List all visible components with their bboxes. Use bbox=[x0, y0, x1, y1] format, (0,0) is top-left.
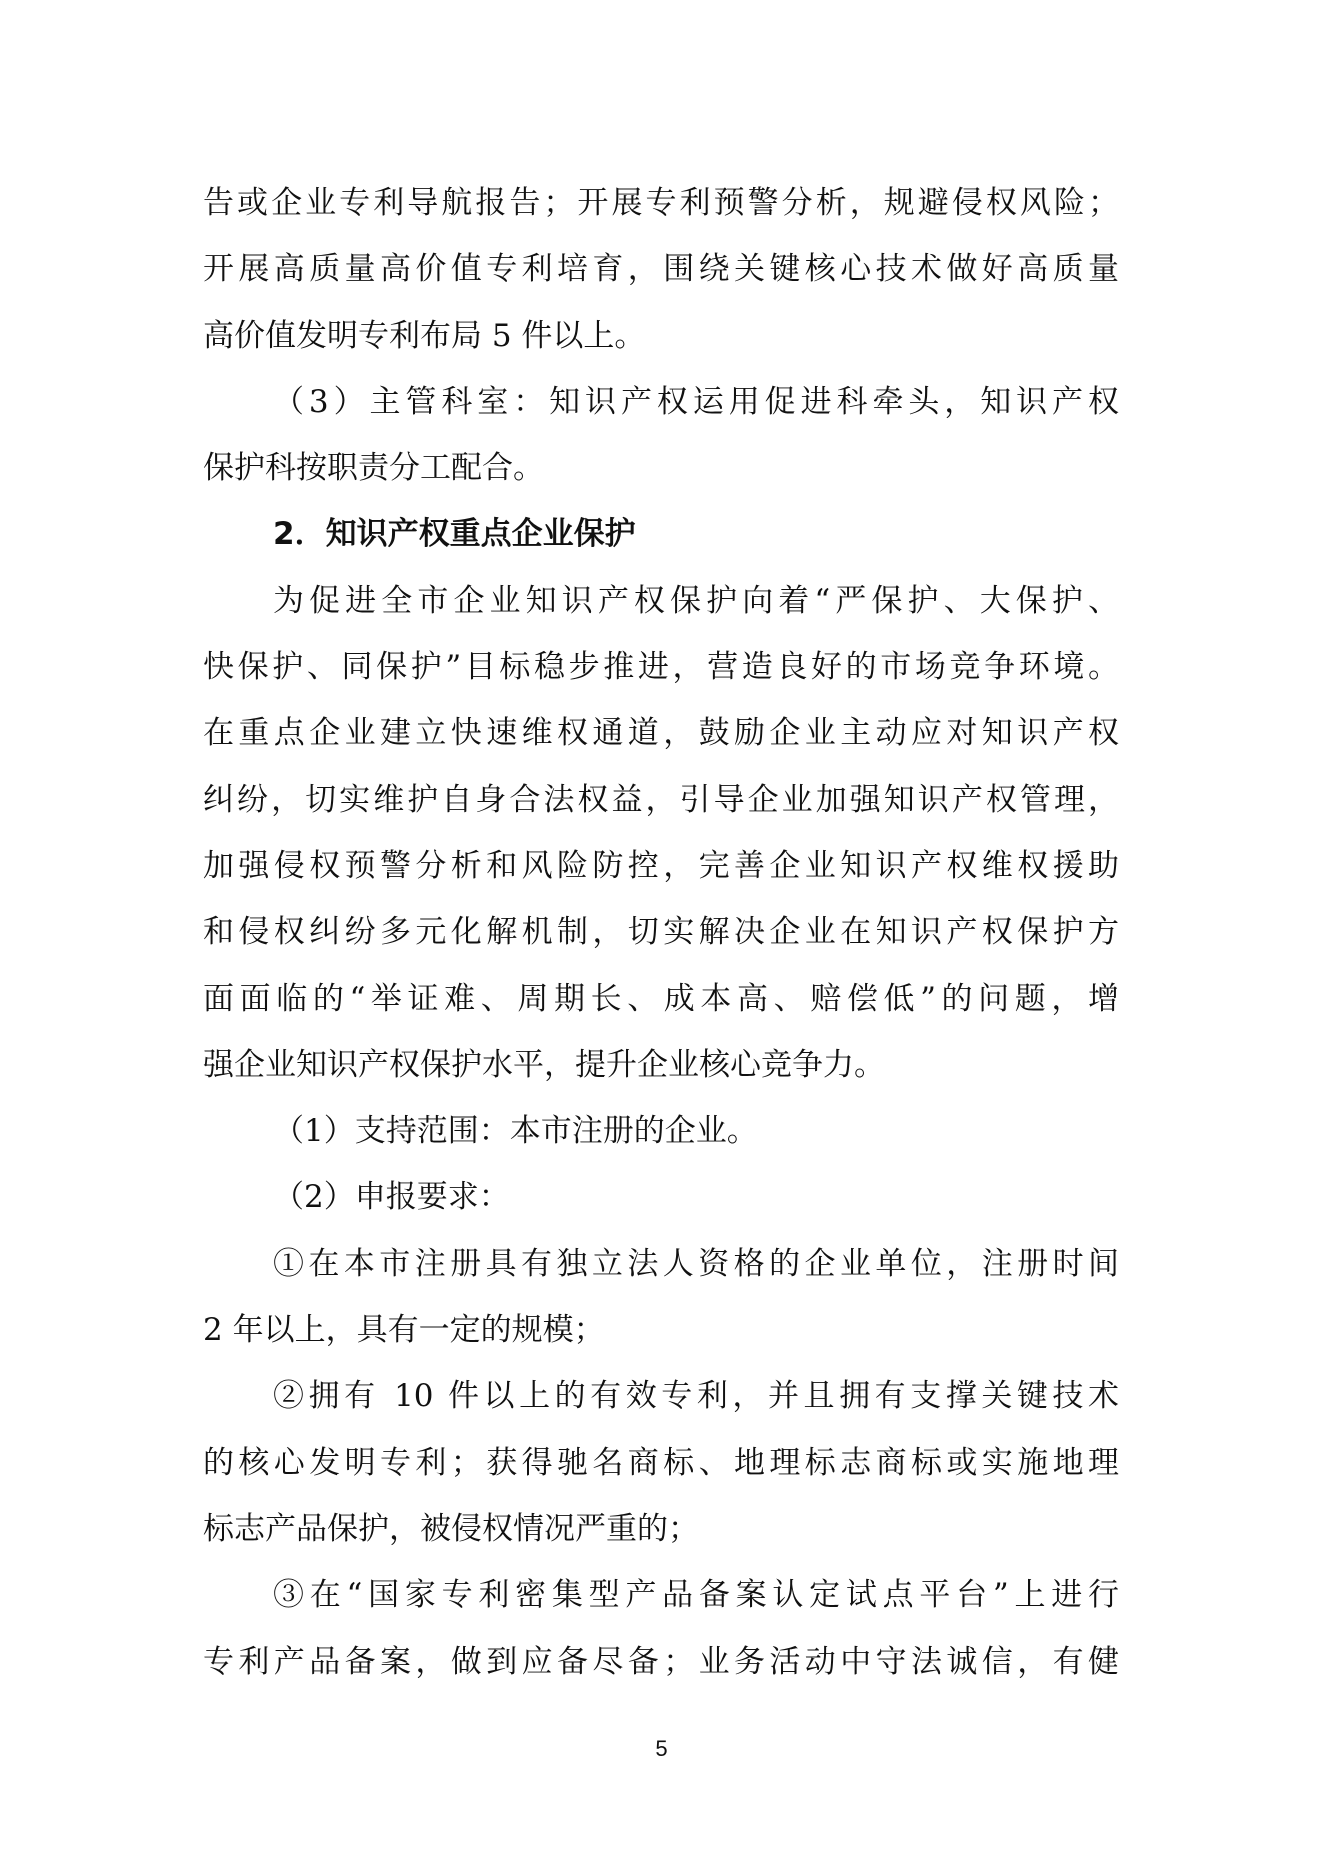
text-line: 加强侵权预警分析和风险防控，完善企业知识产权维权援助 bbox=[203, 833, 1119, 899]
text-line: 快保护、同保护”目标稳步推进，营造良好的市场竞争环境。 bbox=[203, 634, 1119, 700]
text-line: 为促进全市企业知识产权保护向着“严保护、大保护、 bbox=[203, 568, 1119, 634]
text-line: 高价值发明专利布局 5 件以上。 bbox=[203, 303, 1119, 369]
text-line: 在重点企业建立快速维权通道，鼓励企业主动应对知识产权 bbox=[203, 700, 1119, 766]
text-line: （3）主管科室：知识产权运用促进科牵头，知识产权 bbox=[203, 369, 1119, 435]
text-line: 专利产品备案，做到应备尽备；业务活动中守法诚信，有健 bbox=[203, 1629, 1119, 1695]
text-line: 告或企业专利导航报告；开展专利预警分析，规避侵权风险； bbox=[203, 170, 1119, 236]
text-line: （2）申报要求： bbox=[203, 1164, 1119, 1230]
text-line: ①在本市注册具有独立法人资格的企业单位，注册时间 bbox=[203, 1231, 1119, 1297]
text-line: ③在“国家专利密集型产品备案认定试点平台”上进行 bbox=[203, 1562, 1119, 1628]
text-line: 强企业知识产权保护水平，提升企业核心竞争力。 bbox=[203, 1032, 1119, 1098]
text-line: 面面临的“举证难、周期长、成本高、赔偿低”的问题，增 bbox=[203, 966, 1119, 1032]
text-line: 开展高质量高价值专利培育，围绕关键核心技术做好高质量 bbox=[203, 236, 1119, 302]
body-text: 告或企业专利导航报告；开展专利预警分析，规避侵权风险； 开展高质量高价值专利培育… bbox=[203, 170, 1119, 1695]
text-line: 保护科按职责分工配合。 bbox=[203, 435, 1119, 501]
text-line: 的核心发明专利；获得驰名商标、地理标志商标或实施地理 bbox=[203, 1430, 1119, 1496]
text-line: （1）支持范围：本市注册的企业。 bbox=[203, 1098, 1119, 1164]
text-line: 2 年以上，具有一定的规模； bbox=[203, 1297, 1119, 1363]
document-page: 告或企业专利导航报告；开展专利预警分析，规避侵权风险； 开展高质量高价值专利培育… bbox=[0, 0, 1323, 1871]
text-line: 标志产品保护，被侵权情况严重的； bbox=[203, 1496, 1119, 1562]
text-line: 和侵权纠纷多元化解机制，切实解决企业在知识产权保护方 bbox=[203, 899, 1119, 965]
page-number: 5 bbox=[0, 1736, 1323, 1762]
section-heading: 2．知识产权重点企业保护 bbox=[203, 501, 1119, 567]
text-line: 纠纷，切实维护自身合法权益，引导企业加强知识产权管理， bbox=[203, 767, 1119, 833]
text-line: ②拥有 10 件以上的有效专利，并且拥有支撑关键技术 bbox=[203, 1363, 1119, 1429]
